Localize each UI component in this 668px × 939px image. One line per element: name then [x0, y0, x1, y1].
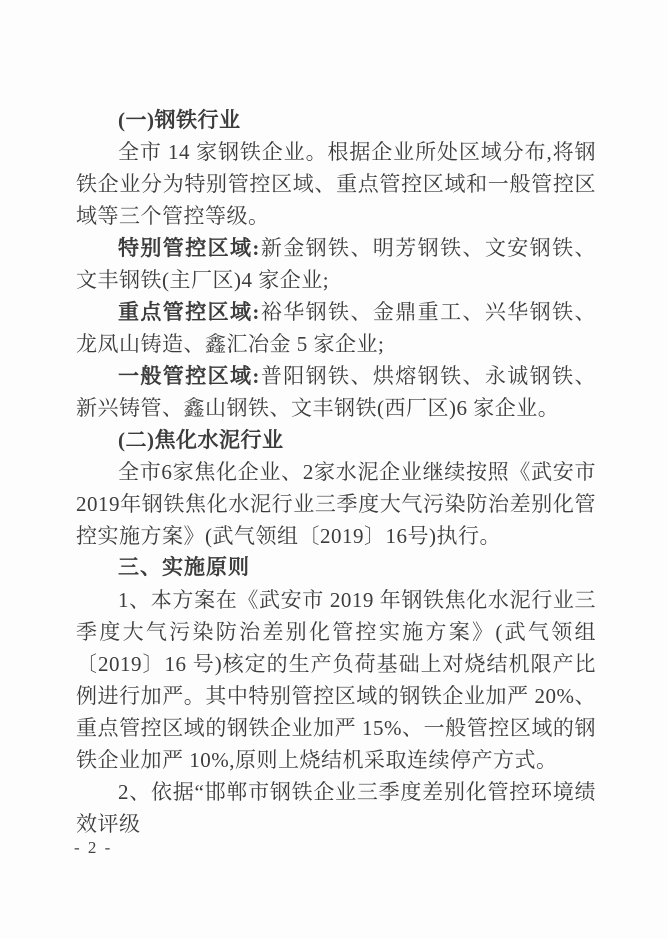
section-heading-steel-industry: (一)钢铁行业 — [76, 104, 596, 136]
paragraph-principle-1: 1、本方案在《武安市 2019 年钢铁焦化水泥行业三季度大气污染防治差别化管控实… — [76, 584, 596, 776]
paragraph-text: 全市 14 家钢铁企业。根据企业所处区域分布,将钢铁企业分为特别管控区域、重点管… — [76, 140, 596, 228]
paragraph-principle-2: 2、依据“邯郸市钢铁企业三季度差别化管控环境绩效评级 — [76, 776, 596, 840]
paragraph-lead-label: 一般管控区域: — [118, 364, 260, 388]
paragraph-steel-overview: 全市 14 家钢铁企业。根据企业所处区域分布,将钢铁企业分为特别管控区域、重点管… — [76, 136, 596, 232]
paragraph-lead-label: 特别管控区域: — [118, 236, 260, 260]
paragraph-text: 全市6家焦化企业、2家水泥企业继续按照《武安市2019年钢铁焦化水泥行业三季度大… — [76, 460, 596, 548]
paragraph-general-control-zone: 一般管控区域:普阳钢铁、烘熔钢铁、永诚钢铁、新兴铸管、鑫山钢铁、文丰钢铁(西厂区… — [76, 360, 596, 424]
paragraph-lead-label: 重点管控区域: — [118, 300, 260, 324]
paragraph-key-control-zone: 重点管控区域:裕华钢铁、金鼎重工、兴华钢铁、龙凤山铸造、鑫汇冶金 5 家企业; — [76, 296, 596, 360]
paragraph-special-control-zone: 特别管控区域:新金钢铁、明芳钢铁、文安钢铁、文丰钢铁(主厂区)4 家企业; — [76, 232, 596, 296]
paragraph-coking-cement: 全市6家焦化企业、2家水泥企业继续按照《武安市2019年钢铁焦化水泥行业三季度大… — [76, 456, 596, 552]
document-body: (一)钢铁行业 全市 14 家钢铁企业。根据企业所处区域分布,将钢铁企业分为特别… — [76, 104, 596, 840]
paragraph-text: 2、依据“邯郸市钢铁企业三季度差别化管控环境绩效评级 — [76, 780, 596, 836]
paragraph-text: 1、本方案在《武安市 2019 年钢铁焦化水泥行业三季度大气污染防治差别化管控实… — [76, 588, 596, 772]
page-number: - 2 - — [74, 838, 112, 858]
document-page: (一)钢铁行业 全市 14 家钢铁企业。根据企业所处区域分布,将钢铁企业分为特别… — [0, 0, 668, 939]
section-heading-coking-cement-industry: (二)焦化水泥行业 — [76, 424, 596, 456]
section-heading-implementation-principles: 三、实施原则 — [76, 552, 596, 584]
